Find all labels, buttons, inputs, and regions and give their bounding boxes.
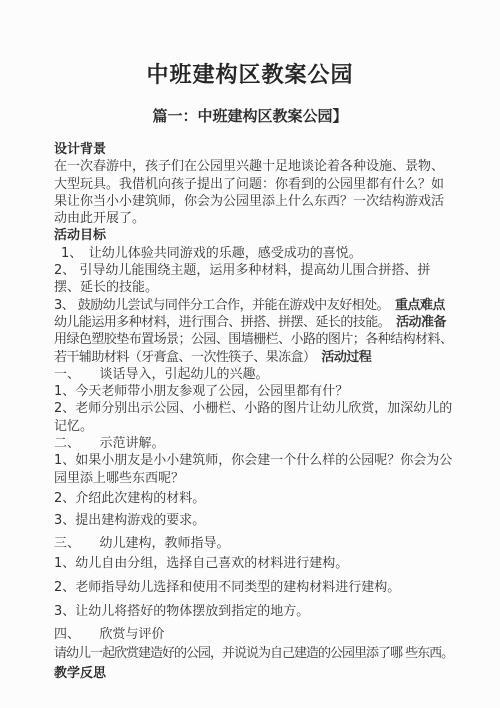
page-title: 中班建构区教案公园 [0,58,500,89]
section-heading-design-background: 设计背景 [54,141,454,158]
list-item-text: 3、 鼓励幼儿尝试与同伴分工合作，并能在游戏中友好相处。 [54,298,395,313]
list-item: 1、今天老师带小朋友参观了公园，公园里都有什？ [54,383,454,400]
page-subtitle: 篇一：中班建构区教案公园】 [0,105,500,126]
paragraph: 请幼儿一起欣赏建造好的公园，并说说为自己建造的公园里添了哪 些东西。 [54,645,454,662]
list-item: 2、老师指导幼儿选择和使用不同类型的建构材料进行建构。 [54,579,454,596]
list-item: 1、 让幼儿体验共同游戏的乐趣，感受成功的喜悦。 [54,245,454,262]
paragraph-with-inline-headings: 3、 鼓励幼儿尝试与同伴分工合作，并能在游戏中友好相处。 重点难点幼儿能运用多种… [54,297,454,366]
section-label-four: 四、 欣赏与评价 [54,626,454,643]
section-label-three: 三、 幼儿建构，教师指导。 [54,535,454,552]
inline-heading-activity-process: 活动过程 [321,350,371,365]
document-body: 设计背景 在一次春游中，孩子们在公园里兴趣十足地谈论着各种设施、景物、大型玩具。… [54,141,454,683]
list-item: 3、提出建构游戏的要求。 [54,512,454,529]
list-item: 3、让幼儿将搭好的物体摆放到指定的地方。 [54,603,454,620]
inline-heading-key-points: 重点难点 [395,298,445,313]
list-item: 1、如果小朋友是小小建筑师，你会建一个什么样的公园呢？你会为公园里添上哪些东西呢… [54,452,454,487]
list-item: 1、幼儿自由分组，选择自己喜欢的材料进行建构。 [54,555,454,572]
document-page: 中班建构区教案公园 篇一：中班建构区教案公园】 设计背景 在一次春游中，孩子们在… [0,0,500,708]
section-heading-activity-goals: 活动目标 [54,227,454,244]
inline-heading-activity-preparation: 活动准备 [396,315,446,330]
paragraph-text: 幼儿能运用多种材料，进行围合、拼搭、拼摆、延长的技能。 [54,315,396,330]
list-item: 2、 引导幼儿能围绕主题，运用多种材料，提高幼儿围合拼搭、拼摆、延长的技能。 [54,262,454,297]
list-item: 2、介绍此次建构的材料。 [54,490,454,507]
paragraph-text: 用绿色塑胶垫布置场景；公园、围墙栅栏、小路的图片；各种结构材料、若干辅助材料（牙… [54,332,452,364]
section-label-two: 二、 示范讲解。 [54,435,454,452]
list-item: 2、老师分别出示公园、小栅栏、小路的图片让幼儿欣赏，加深幼儿的记忆。 [54,400,454,435]
section-heading-teaching-reflection: 教学反思 [54,665,454,682]
paragraph: 在一次春游中，孩子们在公园里兴趣十足地谈论着各种设施、景物、大型玩具。我借机向孩… [54,158,454,227]
section-label-one: 一、 谈话导入，引起幼儿的兴趣。 [54,366,454,383]
